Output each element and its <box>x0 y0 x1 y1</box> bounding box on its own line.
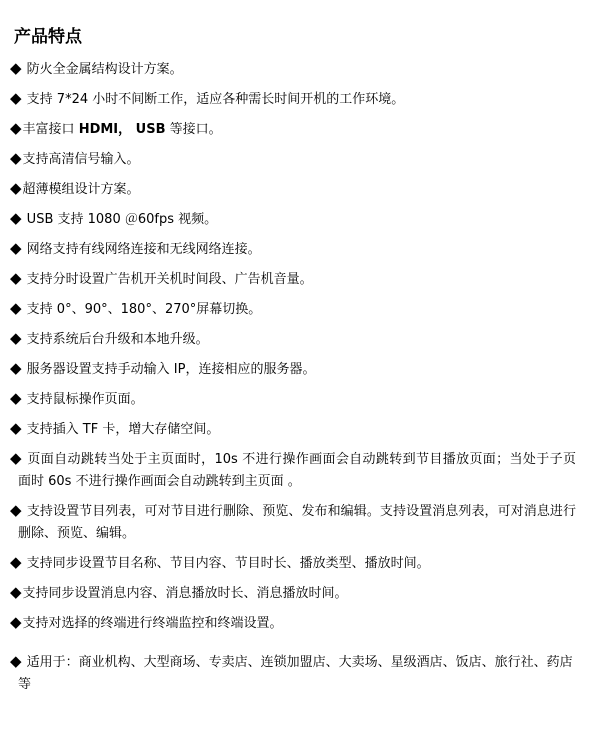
diamond-bullet-icon: ◆ <box>10 179 22 197</box>
feature-item: ◆ 支持设置节目列表，可对节目进行删除、预览、发布和编辑。支持设置消息列表，可对… <box>18 499 576 545</box>
diamond-bullet-icon: ◆ <box>10 239 22 257</box>
feature-item: ◆ 防火全金属结构设计方案。 <box>18 57 576 81</box>
feature-item: ◆ 适用于：商业机构、大型商场、专卖店、连锁加盟店、大卖场、星级酒店、饭店、旅行… <box>18 650 576 696</box>
diamond-bullet-icon: ◆ <box>10 583 22 601</box>
document-page: 产品特点 ◆ 防火全金属结构设计方案。◆ 支持 7*24 小时不间断工作，适应各… <box>0 0 592 736</box>
diamond-bullet-icon: ◆ <box>10 89 22 107</box>
feature-text: 支持 7*24 小时不间断工作，适应各种需长时间开机的工作环境。 <box>23 92 405 107</box>
diamond-bullet-icon: ◆ <box>10 613 22 631</box>
diamond-bullet-icon: ◆ <box>10 329 22 347</box>
diamond-bullet-icon: ◆ <box>10 419 22 437</box>
feature-item: ◆ 支持插入 TF 卡，增大存储空间。 <box>18 417 576 441</box>
diamond-bullet-icon: ◆ <box>10 269 22 287</box>
diamond-bullet-icon: ◆ <box>10 119 22 137</box>
feature-text: 网络支持有线网络连接和无线网络连接。 <box>23 242 261 257</box>
diamond-bullet-icon: ◆ <box>10 501 22 519</box>
feature-text: 支持高清信号输入。 <box>23 152 140 167</box>
feature-item: ◆丰富接口 HDMI， USB 等接口。 <box>18 117 576 141</box>
feature-text: 支持对选择的终端进行终端监控和终端设置。 <box>23 616 283 631</box>
feature-text: USB 支持 1080 ＠60fps 视频。 <box>23 212 218 227</box>
diamond-bullet-icon: ◆ <box>10 209 22 227</box>
feature-item: ◆ 支持鼠标操作页面。 <box>18 387 576 411</box>
feature-text: 支持 0°、90°、180°、270°屏幕切换。 <box>23 302 262 317</box>
feature-text: 支持同步设置节目名称、节目内容、节目时长、播放类型、播放时间。 <box>23 556 430 571</box>
feature-text: 超薄模组设计方案。 <box>23 182 140 197</box>
feature-text: 页面自动跳转当处于主页面时，10s 不进行操作画面会自动跳转到节目播放页面；当处… <box>18 452 576 489</box>
diamond-bullet-icon: ◆ <box>10 553 22 571</box>
feature-item: ◆支持同步设置消息内容、消息播放时长、消息播放时间。 <box>18 581 576 605</box>
feature-text: 防火全金属结构设计方案。 <box>23 62 183 77</box>
feature-list: ◆ 防火全金属结构设计方案。◆ 支持 7*24 小时不间断工作，适应各种需长时间… <box>0 57 592 696</box>
feature-text: 服务器设置支持手动输入 IP，连接相应的服务器。 <box>23 362 316 377</box>
feature-text: 适用于：商业机构、大型商场、专卖店、连锁加盟店、大卖场、星级酒店、饭店、旅行社、… <box>18 655 573 692</box>
diamond-bullet-icon: ◆ <box>10 449 22 467</box>
feature-item: ◆ 页面自动跳转当处于主页面时，10s 不进行操作画面会自动跳转到节目播放页面；… <box>18 447 576 493</box>
diamond-bullet-icon: ◆ <box>10 59 22 77</box>
diamond-bullet-icon: ◆ <box>10 149 22 167</box>
diamond-bullet-icon: ◆ <box>10 652 22 670</box>
feature-text: 支持鼠标操作页面。 <box>23 392 144 407</box>
feature-item: ◆超薄模组设计方案。 <box>18 177 576 201</box>
feature-text: 支持插入 TF 卡，增大存储空间。 <box>23 422 220 437</box>
feature-item: ◆ 网络支持有线网络连接和无线网络连接。 <box>18 237 576 261</box>
feature-text: 支持系统后台升级和本地升级。 <box>23 332 209 347</box>
feature-item: ◆ 支持同步设置节目名称、节目内容、节目时长、播放类型、播放时间。 <box>18 551 576 575</box>
diamond-bullet-icon: ◆ <box>10 389 22 407</box>
feature-item: ◆ 服务器设置支持手动输入 IP，连接相应的服务器。 <box>18 357 576 381</box>
page-title: 产品特点 <box>14 26 592 48</box>
diamond-bullet-icon: ◆ <box>10 359 22 377</box>
feature-item: ◆ 支持分时设置广告机开关机时间段、广告机音量。 <box>18 267 576 291</box>
feature-item: ◆ 支持 0°、90°、180°、270°屏幕切换。 <box>18 297 576 321</box>
feature-text: 支持分时设置广告机开关机时间段、广告机音量。 <box>23 272 313 287</box>
feature-item: ◆支持高清信号输入。 <box>18 147 576 171</box>
feature-text: 丰富接口 HDMI， USB 等接口。 <box>23 122 222 137</box>
feature-item: ◆ 支持 7*24 小时不间断工作，适应各种需长时间开机的工作环境。 <box>18 87 576 111</box>
feature-item: ◆支持对选择的终端进行终端监控和终端设置。 <box>18 611 576 635</box>
diamond-bullet-icon: ◆ <box>10 299 22 317</box>
feature-item: ◆ 支持系统后台升级和本地升级。 <box>18 327 576 351</box>
feature-text: 支持同步设置消息内容、消息播放时长、消息播放时间。 <box>23 586 348 601</box>
feature-text: 支持设置节目列表，可对节目进行删除、预览、发布和编辑。支持设置消息列表，可对消息… <box>18 504 576 541</box>
feature-item: ◆ USB 支持 1080 ＠60fps 视频。 <box>18 207 576 231</box>
